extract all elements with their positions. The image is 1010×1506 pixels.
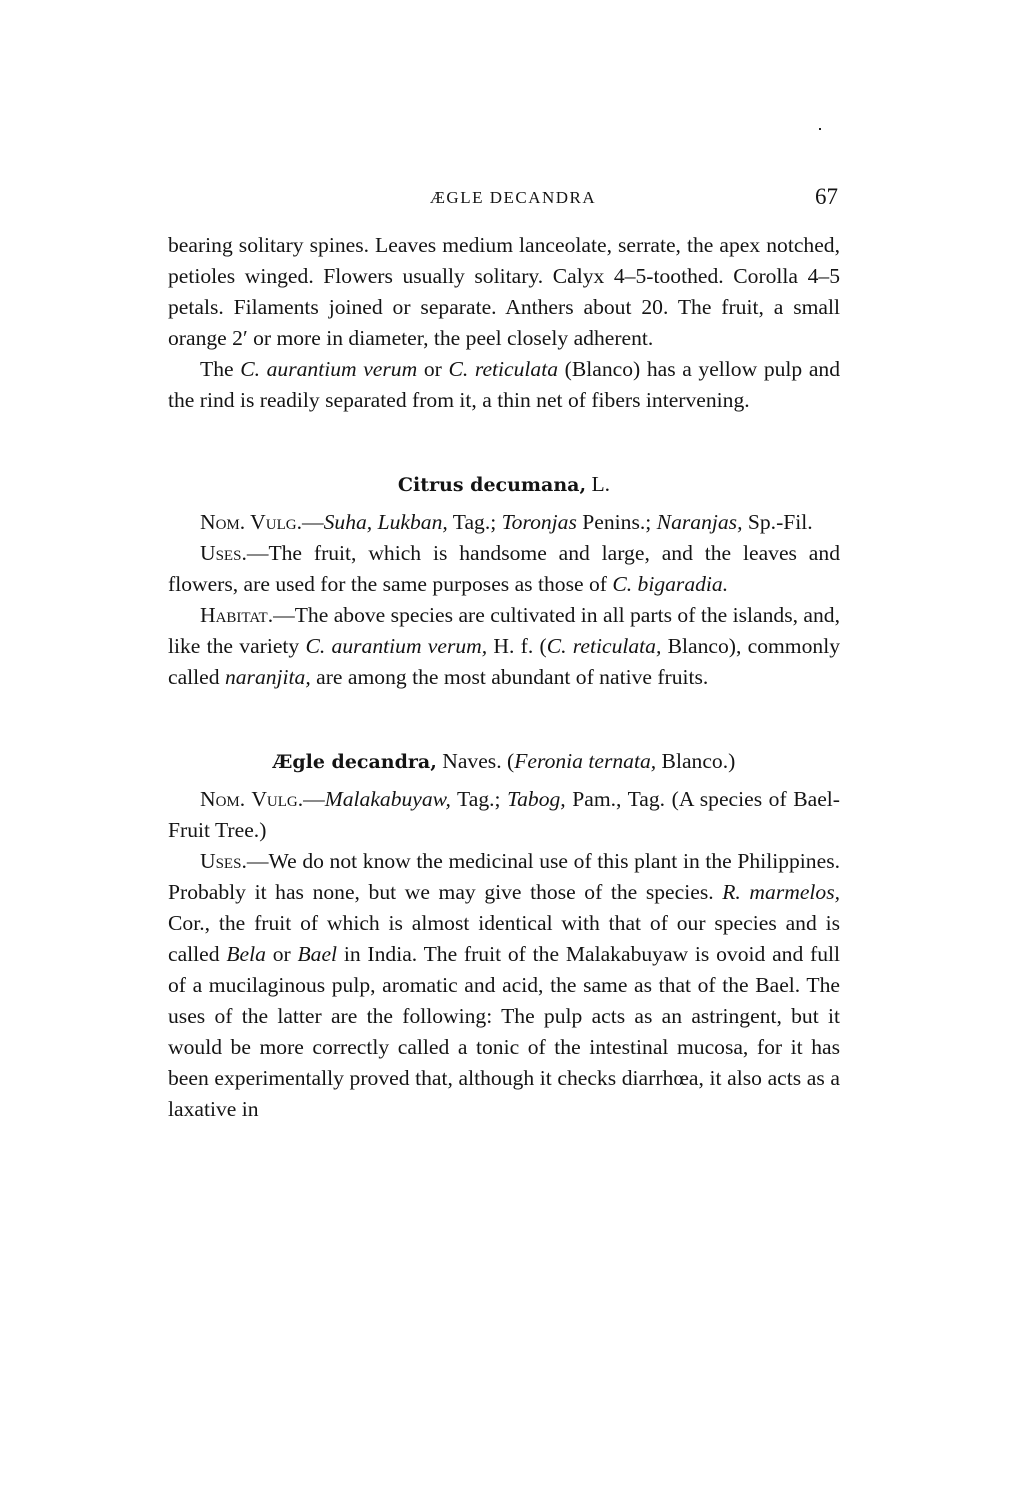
page-number: 67	[815, 184, 838, 210]
running-title: ÆGLE DECANDRA	[168, 188, 840, 208]
aurantium-paragraph: The C. aurantium verum or C. reticulata …	[168, 354, 840, 416]
aegle-nom-vulg-paragraph: Nom. Vulg.—Malakabuyaw, Tag.; Tabog, Pam…	[168, 784, 840, 846]
uses-label: Uses.	[200, 849, 247, 873]
uses-label: Uses.	[200, 541, 247, 565]
running-head: ÆGLE DECANDRA 67	[168, 184, 840, 214]
section-heading-aegle-decandra: Ægle decandra, Naves. (Feronia ternata, …	[168, 746, 840, 778]
species-name: C. aurantium verum	[240, 357, 417, 381]
body-text: bearing solitary spines. Leaves medium l…	[168, 230, 840, 1125]
continuation-paragraph: bearing solitary spines. Leaves medium l…	[168, 230, 840, 354]
habitat-label: Habitat.	[200, 603, 273, 627]
species-name: C. reticulata	[448, 357, 558, 381]
section-spacer	[168, 416, 840, 469]
citrus-uses-paragraph: Uses.—The fruit, which is handsome and l…	[168, 538, 840, 600]
nom-vulg-label: Nom. Vulg.	[200, 510, 302, 534]
scan-speck	[819, 128, 821, 130]
section-spacer	[168, 693, 840, 746]
aegle-uses-paragraph: Uses.—We do not know the medicinal use o…	[168, 846, 840, 1125]
citrus-nom-vulg-paragraph: Nom. Vulg.—Suha, Lukban, Tag.; Toronjas …	[168, 507, 840, 538]
section-heading-citrus-decumana: Citrus decumana, L.	[168, 469, 840, 501]
citrus-habitat-paragraph: Habitat.—The above species are cultivate…	[168, 600, 840, 693]
nom-vulg-label: Nom. Vulg.	[200, 787, 303, 811]
